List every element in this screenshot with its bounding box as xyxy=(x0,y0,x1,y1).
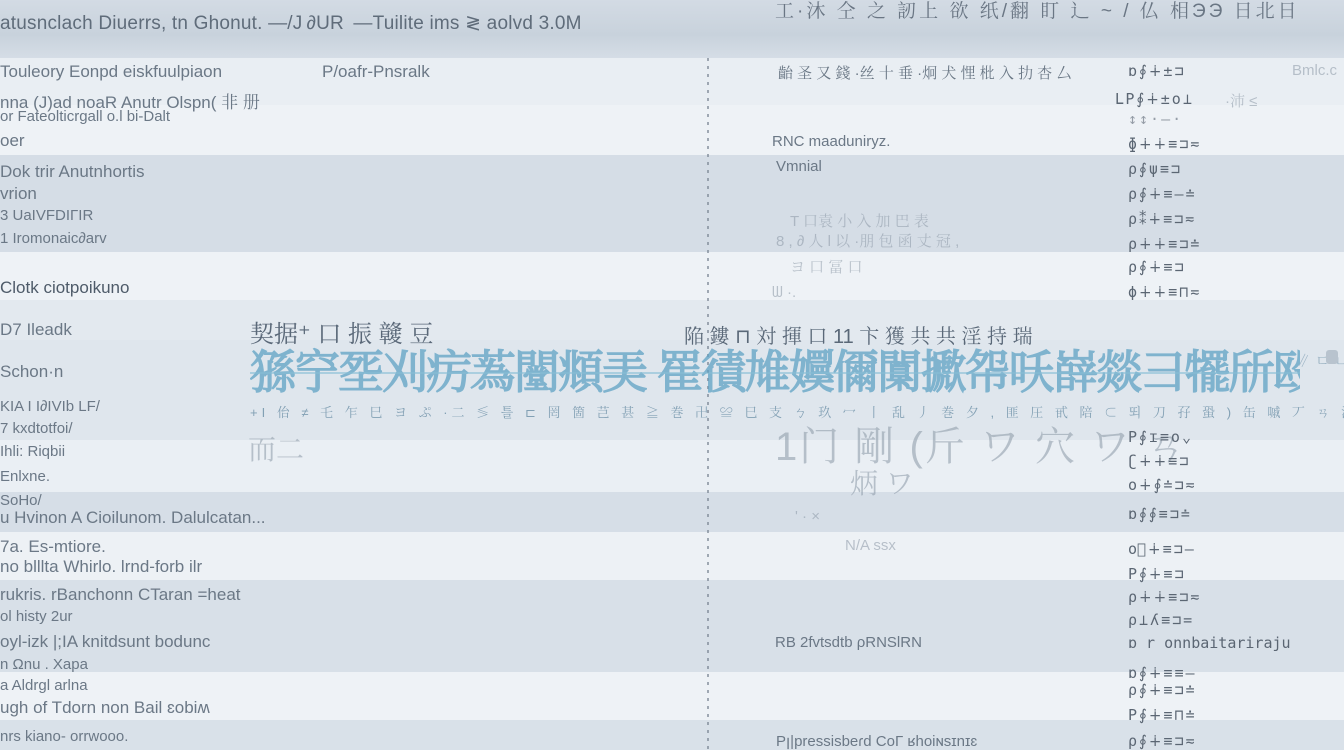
row-label[interactable]: Ihli: Riqbii xyxy=(0,443,65,460)
row-code: ϕ∔∔≡⊓≂ xyxy=(1128,283,1201,301)
row-label[interactable]: vrion xyxy=(0,184,37,204)
row-code: ρ∮ψ≡⊐ xyxy=(1128,160,1182,178)
row-code: ɒ∮∔±⊐ xyxy=(1128,62,1185,80)
row-label[interactable]: KIA I I∂IVIb LF/ xyxy=(0,398,100,415)
row-label[interactable]: 1 Iromonaic∂arv xyxy=(0,230,107,247)
row-label[interactable]: no blllta Whirlo. lrnd-forb ilr xyxy=(0,557,202,577)
row-label[interactable]: ol histy 2ur xyxy=(0,608,73,625)
row-description: Vmnial xyxy=(776,158,822,175)
row-code: ɒ∮∮≡⊐≐ xyxy=(1128,505,1192,523)
row-label[interactable]: oyl-izk |;IA knitdsunt bodunc xyxy=(0,632,210,652)
section-heading: Clotk ciotpoikuno xyxy=(0,278,129,298)
row-label[interactable]: oer xyxy=(0,131,25,151)
row-code: Ρ∮ɪ≡o⌄ xyxy=(1128,428,1193,446)
row-description: T 口袁 小 入 加 巴 表 xyxy=(790,210,929,231)
app-header: atusnclach Diuerrs, tn Ghonut. —/J ∂UR —… xyxy=(0,0,1344,58)
row-code: ɸ∔∔≡⊐≂ xyxy=(1128,135,1201,153)
row-code: ρ∔∔≡⊐≐ xyxy=(1128,235,1201,253)
row-code: ρ∮∔≡–≐ xyxy=(1128,185,1197,203)
row-code: Ρ∮∔≡⊐ xyxy=(1128,565,1185,583)
row-description: Pꞁ|pressisbeɾd CoΓ ʁhoiɴsɪnɪɛ xyxy=(776,732,977,750)
row-label[interactable]: 3 UaIVFDIΓIR xyxy=(0,207,93,224)
overlay-glyph: 而二 xyxy=(248,428,304,468)
row-description: 齝 圣 又 錢 ·丝 十 垂 ·炯 犬 悝 枇 入 扐 杏 厶 xyxy=(778,62,1071,83)
row-code: ʗ∔∔≡⊐ xyxy=(1128,452,1190,470)
row-label[interactable]: rukris. rBanchonn CTaran =heat xyxy=(0,585,241,605)
scrollbar-thumb[interactable] xyxy=(1326,350,1338,364)
row-label[interactable]: 7 kxdtotfoi/ xyxy=(0,420,73,437)
row-label[interactable]: Enlxne. xyxy=(0,468,50,485)
row-code: o∔∮≐⊐≂ xyxy=(1128,476,1197,494)
row-label[interactable]: n Ωnu . Xapa xyxy=(0,656,88,673)
row-label[interactable]: nrs kiano- orrwooo. xyxy=(0,728,128,745)
row-code: ρ∮∔≡⊐≐ xyxy=(1128,681,1197,699)
row-label[interactable]: Touleory Eonpd eiskfuulpiaon xyxy=(0,62,222,82)
row-extra: Bmlc.c xyxy=(1292,62,1337,79)
window-title: atusnclach Diuerrs, tn Ghonut. —/J ∂UR —… xyxy=(0,12,582,35)
row-label[interactable]: Schon·n xyxy=(0,362,63,382)
row-code: Ρ∮∔≡⊓≐ xyxy=(1128,706,1197,724)
row-label[interactable]: Dok trir Anutnhortis xyxy=(0,162,145,182)
overlay-large-glyphs-2: 炳 ワ xyxy=(850,462,914,502)
row-label[interactable]: SoHo/ xyxy=(0,492,42,509)
row-description: RB 2fvtsdtb ρRNSlRN xyxy=(775,634,922,651)
row-description: ᗯ ·. xyxy=(772,284,796,301)
row-code: ρ∮∔≡⊐ xyxy=(1128,258,1185,276)
row-code: ρ∔∔≡⊐≂ xyxy=(1128,588,1201,606)
row-code: ɒ∮∔≡≡– xyxy=(1128,664,1197,682)
row-description: ヨ 口 冨 口 xyxy=(790,256,863,277)
overlay-large-glyphs: 1门 剛 (斤 ワ 穴 ワ ㄢ xyxy=(775,415,1187,472)
row-label[interactable]: 7a. Es-mtiore. xyxy=(0,537,106,557)
row-code: ɒ r onnbaitariraju xyxy=(1128,634,1291,652)
row-label[interactable]: u Hvinon A Cioilunom. Dalulcatan... xyxy=(0,508,266,528)
row-description: ' · × xyxy=(795,508,820,525)
overlay-banner-text: 猻䆑㘸刈疠蒍闛頫㺯 䍜㣱䧱嬽儞闑擨㠾㕭嶭燚彐犤斦殴嶲嵡嵲䓯孊㯭㰿㨥 冋閡犞睜 xyxy=(250,342,1300,402)
row-description: RNC maaduniryz. xyxy=(772,133,890,150)
row-label[interactable]: ugh of Tdorn non Bail ɛobiʍ xyxy=(0,698,210,718)
row-code: ρ∮∔≡⊐≂ xyxy=(1128,732,1197,750)
row-code: ρ⊥ʎ≡⊐= xyxy=(1128,611,1194,629)
header-title-right: 工·沐 仝 之 訒上 欲 纸/翻 盯 辶 ~ / 仏 相ЭЭ 日北日 xyxy=(775,0,1300,23)
row-code: ᒪP∮∔±o⊥ xyxy=(1115,90,1194,108)
row-label-secondary: P/oafr-Pnsralk xyxy=(322,62,430,82)
row-code: oᷦ∔≡⊐– xyxy=(1128,540,1196,558)
row-code: ↕↕·–· xyxy=(1128,110,1183,128)
row-description: N/A ssx xyxy=(845,537,896,554)
row-code: ρ⁑∔≡⊐≂ xyxy=(1128,210,1196,228)
row-description: 8 , ∂ 人 l 以 ·朋 包 函 丈 冠 , xyxy=(776,230,959,251)
row-band xyxy=(0,300,1344,340)
row-label[interactable]: D7 Ileadk xyxy=(0,320,72,340)
row-label[interactable]: or Fateolticrgall o.l bi-Dalt xyxy=(0,108,170,125)
row-label[interactable]: a Aldrgl arlna xyxy=(0,677,88,694)
row-extra: ·沛 ≤ xyxy=(1225,90,1257,111)
